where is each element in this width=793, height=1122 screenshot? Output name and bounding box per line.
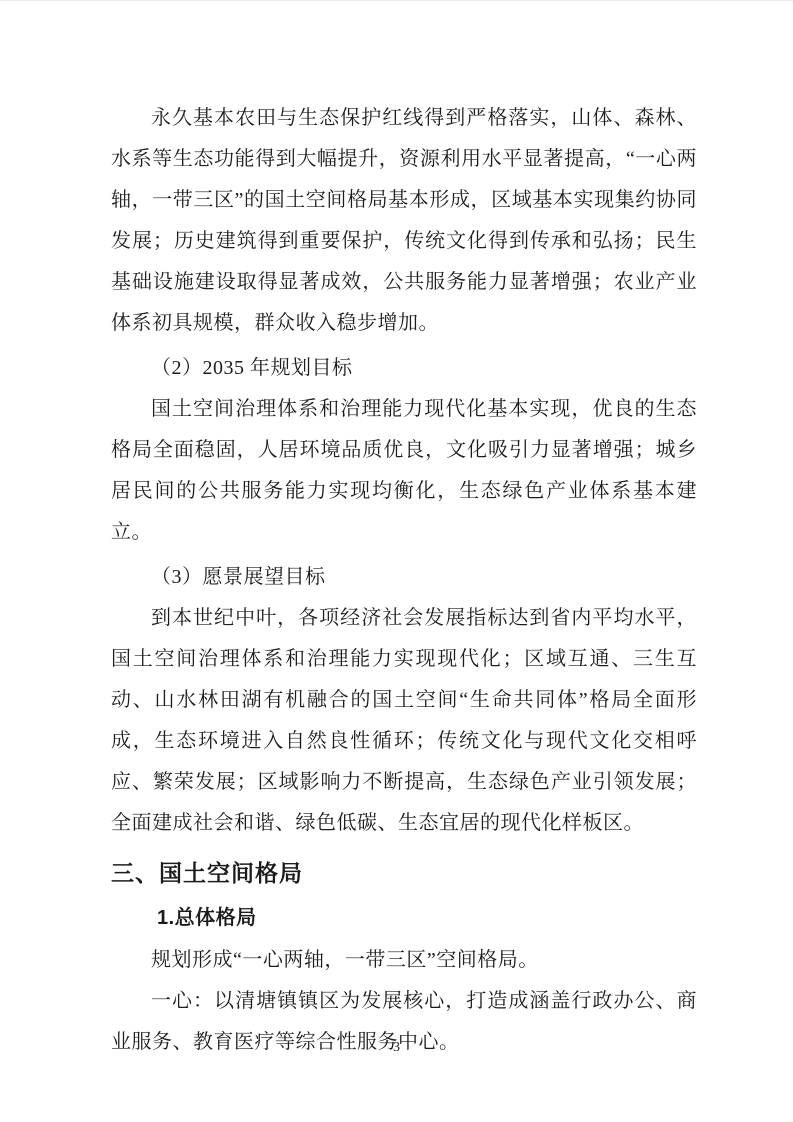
paragraph-2035-goals-detail: 国土空间治理体系和治理能力现代化基本实现，优良的生态格局全面稳固，人居环境品质优… — [111, 389, 697, 553]
subheading-2035-plan-goal: （2）2035 年规划目标 — [111, 348, 697, 389]
subsection-heading-overall-pattern: 1.总体格局 — [111, 896, 697, 940]
paragraph-2020-goals-detail: 永久基本农田与生态保护红线得到严格落实，山体、森林、水系等生态功能得到大幅提升，… — [111, 98, 697, 344]
paragraph-spatial-pattern-summary: 规划形成“一心两轴，一带三区”空间格局。 — [111, 940, 697, 981]
page-number: 3 — [0, 1039, 793, 1057]
document-page: 永久基本农田与生态保护红线得到严格落实，山体、森林、水系等生态功能得到大幅提升，… — [0, 0, 793, 1122]
subheading-vision-goal: （3）愿景展望目标 — [111, 557, 697, 598]
section-heading-territorial-spatial-pattern: 三、国土空间格局 — [111, 850, 697, 896]
paragraph-vision-detail: 到本世纪中叶，各项经济社会发展指标达到省内平均水平，国土空间治理体系和治理能力实… — [111, 598, 697, 844]
